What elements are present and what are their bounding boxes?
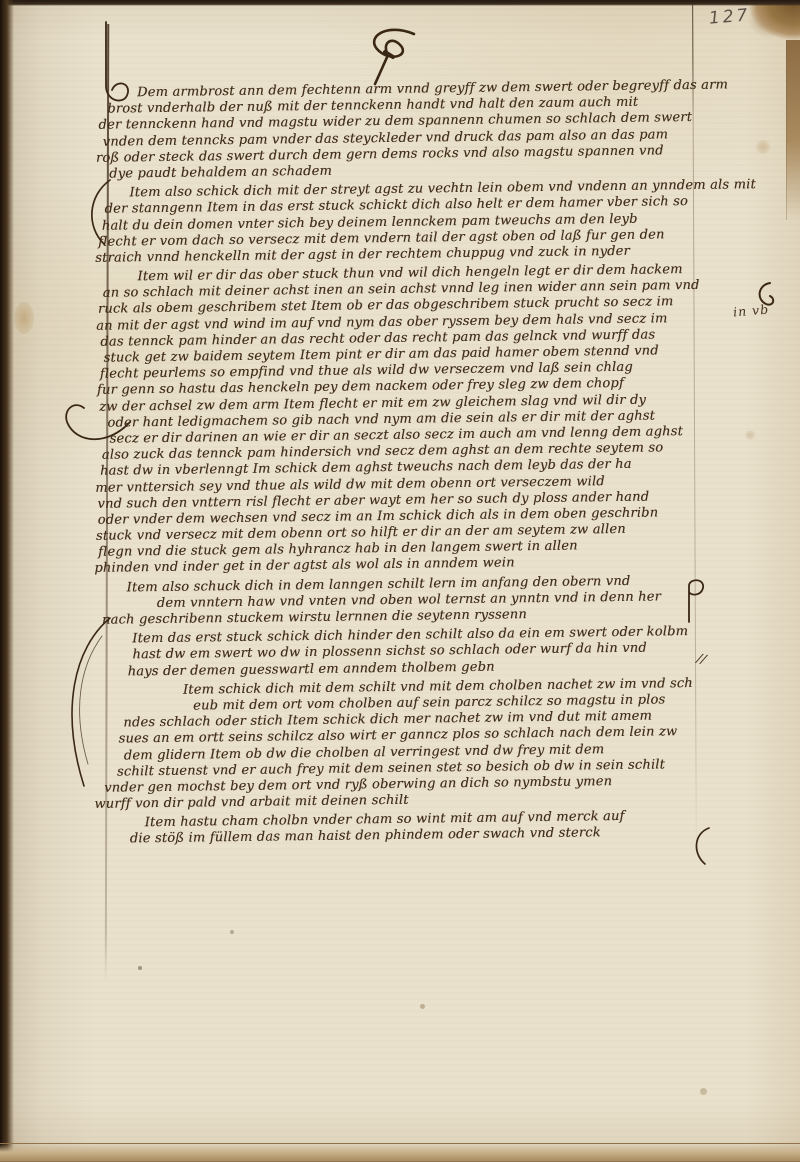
- manuscript-paragraph: Item wil er dir das ober stuck thun vnd …: [82, 262, 726, 578]
- bottom-page-edge: [0, 1143, 800, 1162]
- binding-edge: [0, 0, 14, 1162]
- manuscript-paragraph: Item schick dich mit dem schilt vnd mit …: [88, 675, 730, 813]
- stain-spot: [745, 430, 755, 440]
- manuscript-text: Dem armbrost ann dem fechtenn arm vnnd g…: [80, 78, 730, 849]
- manuscript-paragraph: Item also schuck dich in dem lanngen sch…: [86, 572, 727, 629]
- stain-spot: [230, 930, 234, 934]
- manuscript-page: 127 in vb // Dem armbrost ann dem fechte…: [0, 0, 800, 1162]
- right-page-edge: [786, 40, 800, 220]
- top-page-edge: [0, 0, 800, 6]
- quill-flourish-icon: [352, 26, 428, 90]
- stain-spot: [420, 1004, 425, 1009]
- margin-note: in vb: [732, 301, 769, 319]
- stain-spot: [138, 966, 142, 970]
- manuscript-paragraph: Item also schick dich mit der streyt ags…: [81, 178, 722, 267]
- manuscript-paragraph: Item das erst stuck schick dich hinder d…: [87, 624, 728, 681]
- stain-spot: [756, 140, 770, 154]
- stain-spot: [14, 302, 34, 334]
- manuscript-paragraph: Item hastu cham cholbn vnder cham so win…: [90, 808, 730, 849]
- stain-spot: [700, 1088, 707, 1095]
- manuscript-paragraph: Dem armbrost ann dem fechtenn arm vnnd g…: [80, 78, 721, 183]
